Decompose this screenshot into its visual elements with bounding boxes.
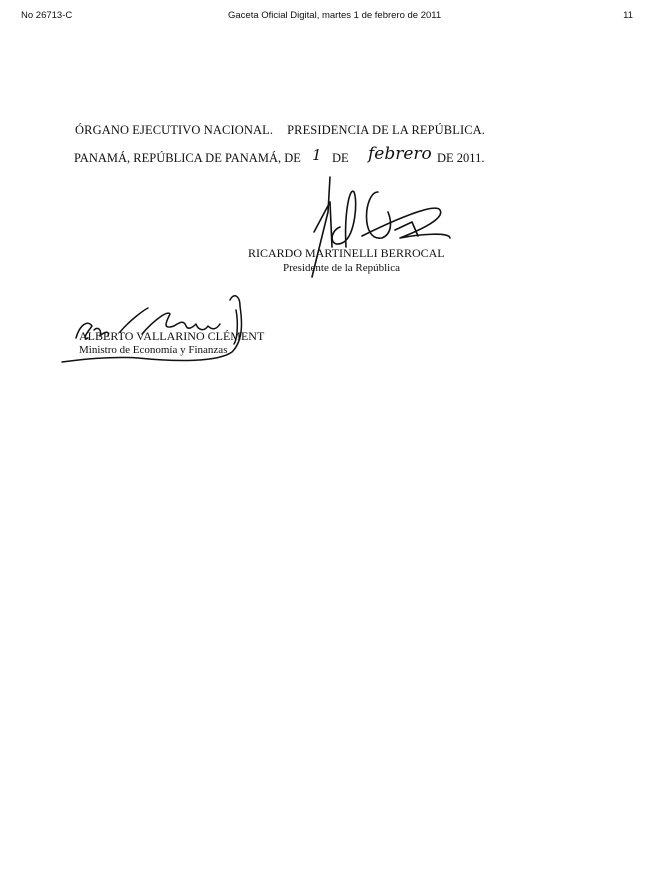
presidency-name: PRESIDENCIA DE LA REPÚBLICA. bbox=[287, 123, 485, 137]
publication-title: Gaceta Oficial Digital, martes 1 de febr… bbox=[228, 10, 441, 21]
signatory-title: Presidente de la República bbox=[283, 262, 400, 274]
signatory-name: ALBERTO VALLARINO CLÉMENT bbox=[79, 329, 264, 344]
handwritten-day: 1 bbox=[312, 146, 322, 164]
page-number: 11 bbox=[623, 10, 633, 21]
issuing-authority-line: ÓRGANO EJECUTIVO NACIONAL.PRESIDENCIA DE… bbox=[75, 123, 485, 138]
organ-name: ÓRGANO EJECUTIVO NACIONAL. bbox=[75, 123, 273, 137]
date-year: DE 2011. bbox=[437, 151, 484, 166]
signatory-name: RICARDO MARTINELLI BERROCAL bbox=[248, 246, 445, 261]
handwritten-month: febrero bbox=[368, 144, 432, 164]
date-connector: DE bbox=[332, 151, 349, 166]
page-header: No 26713-C Gaceta Oficial Digital, marte… bbox=[0, 10, 659, 24]
place-date-prefix: PANAMÁ, REPÚBLICA DE PANAMÁ, DE bbox=[74, 151, 301, 166]
issue-number: No 26713-C bbox=[21, 10, 72, 21]
signatory-title: Ministro de Economía y Finanzas bbox=[79, 344, 227, 356]
